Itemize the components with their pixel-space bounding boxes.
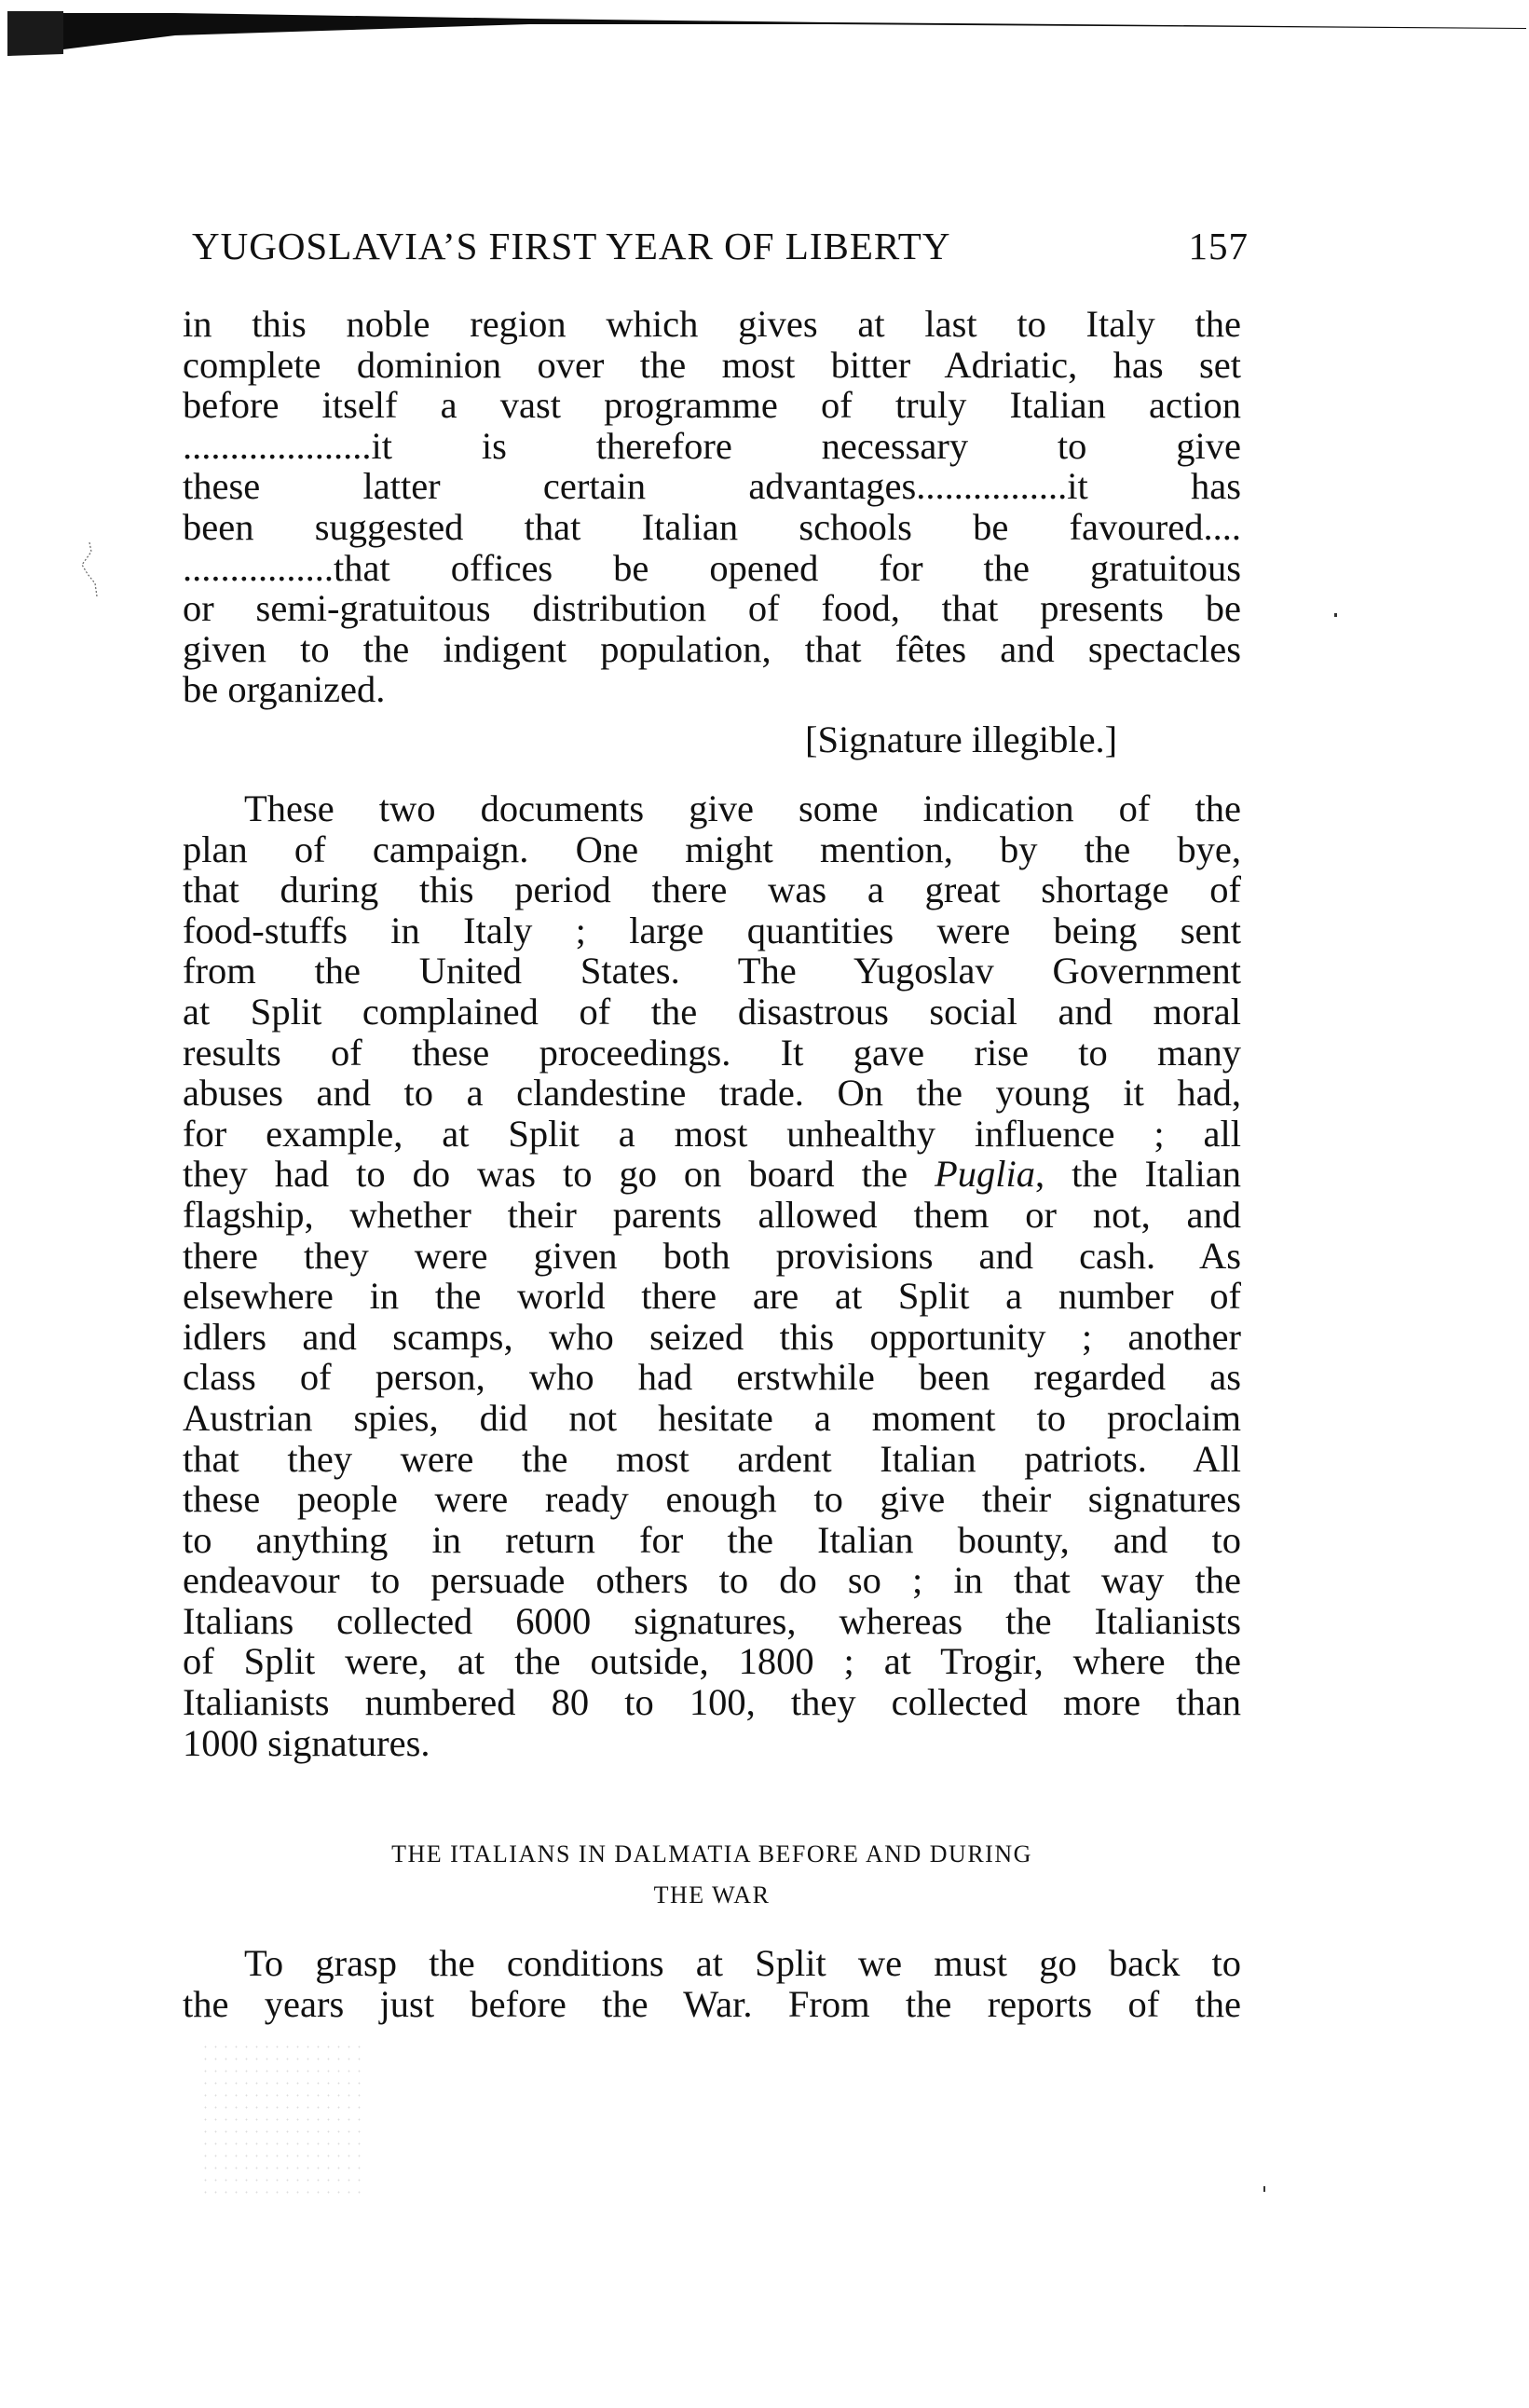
paragraph: These two documents give some indication…	[183, 788, 1241, 1763]
text-line: idlers and scamps, who seized this oppor…	[183, 1317, 1241, 1358]
text-line: of Split were, at the outside, 1800 ; at…	[183, 1641, 1241, 1682]
text-line: that they were the most ardent Italian p…	[183, 1439, 1241, 1480]
paragraph: To grasp the conditions at Split we must…	[183, 1943, 1241, 2024]
text-line: there they were given both provisions an…	[183, 1236, 1241, 1277]
stray-dot-mark	[1334, 613, 1337, 617]
text-line: results of these proceedings. It gave ri…	[183, 1033, 1241, 1074]
text-line: Austrian spies, did not hesitate a momen…	[183, 1398, 1241, 1439]
page-number: 157	[1189, 224, 1249, 268]
text-line: before itself a vast programme of truly …	[183, 385, 1241, 426]
margin-brace-mark	[75, 540, 112, 606]
text-line: 1000 signatures.	[183, 1723, 1241, 1764]
text-line: given to the indigent population, that f…	[183, 629, 1241, 670]
text-line: that during this period there was a grea…	[183, 869, 1241, 910]
text-line: To grasp the conditions at Split we must…	[183, 1943, 1241, 1984]
ship-name: Puglia	[935, 1153, 1035, 1195]
signature-note: [Signature illegible.]	[805, 718, 1117, 761]
quoted-document: in this noble region which gives at last…	[183, 304, 1241, 710]
text-line: or semi-gratuitous distribution of food,…	[183, 588, 1241, 629]
text-line: food-stuffs in Italy ; large quantities …	[183, 910, 1241, 951]
section-heading-line: the War	[183, 1875, 1241, 1916]
scan-edge-artifact	[7, 11, 1526, 58]
text-line: at Split complained of the disastrous so…	[183, 992, 1241, 1033]
text-segment: they had to do was to go on board the	[183, 1153, 935, 1195]
text-line: abuses and to a clandestine trade. On th…	[183, 1073, 1241, 1114]
text-line: endeavour to persuade others to do so ; …	[183, 1560, 1241, 1601]
running-head-title: YUGOSLAVIA’S FIRST YEAR OF LIBERTY	[192, 224, 950, 268]
text-line: the years just before the War. From the …	[183, 1984, 1241, 2025]
text-line: Italians collected 6000 signatures, wher…	[183, 1601, 1241, 1642]
text-line: ................that offices be opened f…	[183, 548, 1241, 589]
text-line: Italianists numbered 80 to 100, they col…	[183, 1682, 1241, 1723]
scan-speckle-artifact	[200, 2041, 368, 2199]
text-line: class of person, who had erstwhile been …	[183, 1357, 1241, 1398]
text-line: been suggested that Italian schools be f…	[183, 507, 1241, 548]
stray-dot-mark	[1263, 2186, 1265, 2192]
text-line: plan of campaign. One might mention, by …	[183, 829, 1241, 870]
text-line: These two documents give some indication…	[183, 788, 1241, 829]
text-line: from the United States. The Yugoslav Gov…	[183, 951, 1241, 992]
running-head: YUGOSLAVIA’S FIRST YEAR OF LIBERTY 157	[183, 224, 1241, 280]
text-line: to anything in return for the Italian bo…	[183, 1520, 1241, 1561]
text-line: these latter certain advantages.........…	[183, 466, 1241, 507]
section-heading: The Italians in Dalmatia before and duri…	[183, 1834, 1241, 1916]
text-line: elsewhere in the world there are at Spli…	[183, 1276, 1241, 1317]
text-line: these people were ready enough to give t…	[183, 1479, 1241, 1520]
text-line: be organized.	[183, 669, 1241, 710]
text-line: ....................it is therefore nece…	[183, 426, 1241, 467]
text-line: for example, at Split a most unhealthy i…	[183, 1114, 1241, 1155]
text-line: complete dominion over the most bitter A…	[183, 345, 1241, 386]
section-heading-line: The Italians in Dalmatia before and duri…	[183, 1834, 1241, 1875]
text-line: flagship, whether their parents allowed …	[183, 1195, 1241, 1236]
text-segment: , the Italian	[1035, 1153, 1241, 1195]
text-line: in this noble region which gives at last…	[183, 304, 1241, 345]
text-line-with-ship-name: they had to do was to go on board the Pu…	[183, 1154, 1241, 1195]
